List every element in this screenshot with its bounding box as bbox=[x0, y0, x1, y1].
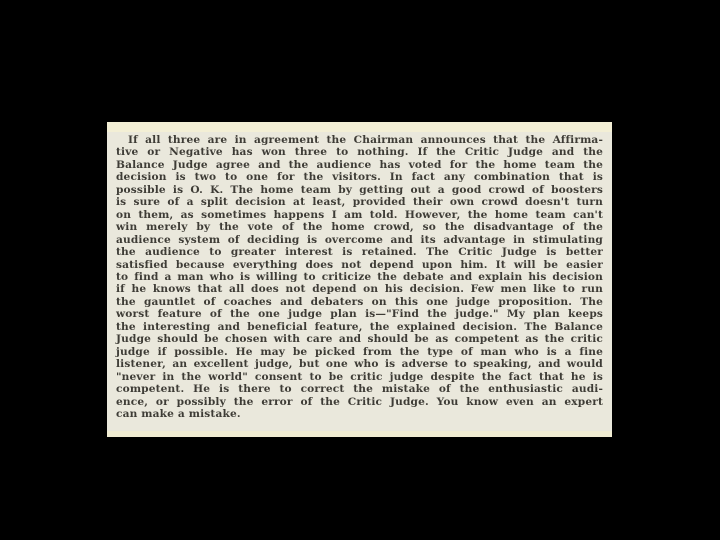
text-line: the audience to greater interest is reta… bbox=[116, 246, 603, 258]
text-line: Balance Judge agree and the audience has… bbox=[116, 159, 603, 171]
slide-background: If all three are in agreement the Chairm… bbox=[0, 0, 720, 540]
text-line: "never in the world" consent to be criti… bbox=[116, 371, 603, 383]
text-line: audience system of deciding is overcome … bbox=[116, 234, 603, 246]
text-line: decision is two to one for the visitors.… bbox=[116, 171, 603, 183]
text-line: the interesting and beneficial feature, … bbox=[116, 321, 603, 333]
text-line: if he knows that all does not depend on … bbox=[116, 283, 603, 295]
newspaper-clipping: If all three are in agreement the Chairm… bbox=[107, 122, 612, 437]
text-line: satisfied because everything does not de… bbox=[116, 259, 603, 271]
text-line: listener, an excellent judge, but one wh… bbox=[116, 358, 603, 370]
text-line: competent. He is there to correct the mi… bbox=[116, 383, 603, 395]
text-line: If all three are in agreement the Chairm… bbox=[116, 134, 603, 146]
text-line: on them, as sometimes happens I am told.… bbox=[116, 209, 603, 221]
text-line: tive or Negative has won three to nothin… bbox=[116, 146, 603, 158]
text-line: possible is O. K. The home team by getti… bbox=[116, 184, 603, 196]
text-line: win merely by the vote of the home crowd… bbox=[116, 221, 603, 233]
clipping-top-edge bbox=[107, 122, 612, 132]
text-line: worst feature of the one judge plan is—"… bbox=[116, 308, 603, 320]
article-text: If all three are in agreement the Chairm… bbox=[116, 134, 603, 420]
clipping-bottom-edge bbox=[107, 431, 612, 437]
text-line: can make a mistake. bbox=[116, 408, 603, 420]
text-line: to find a man who is willing to criticiz… bbox=[116, 271, 603, 283]
text-line: is sure of a split decision at least, pr… bbox=[116, 196, 603, 208]
text-line: the gauntlet of coaches and debaters on … bbox=[116, 296, 603, 308]
text-line: judge if possible. He may be picked from… bbox=[116, 346, 603, 358]
text-line: Judge should be chosen with care and sho… bbox=[116, 333, 603, 345]
text-line: ence, or possibly the error of the Criti… bbox=[116, 396, 603, 408]
